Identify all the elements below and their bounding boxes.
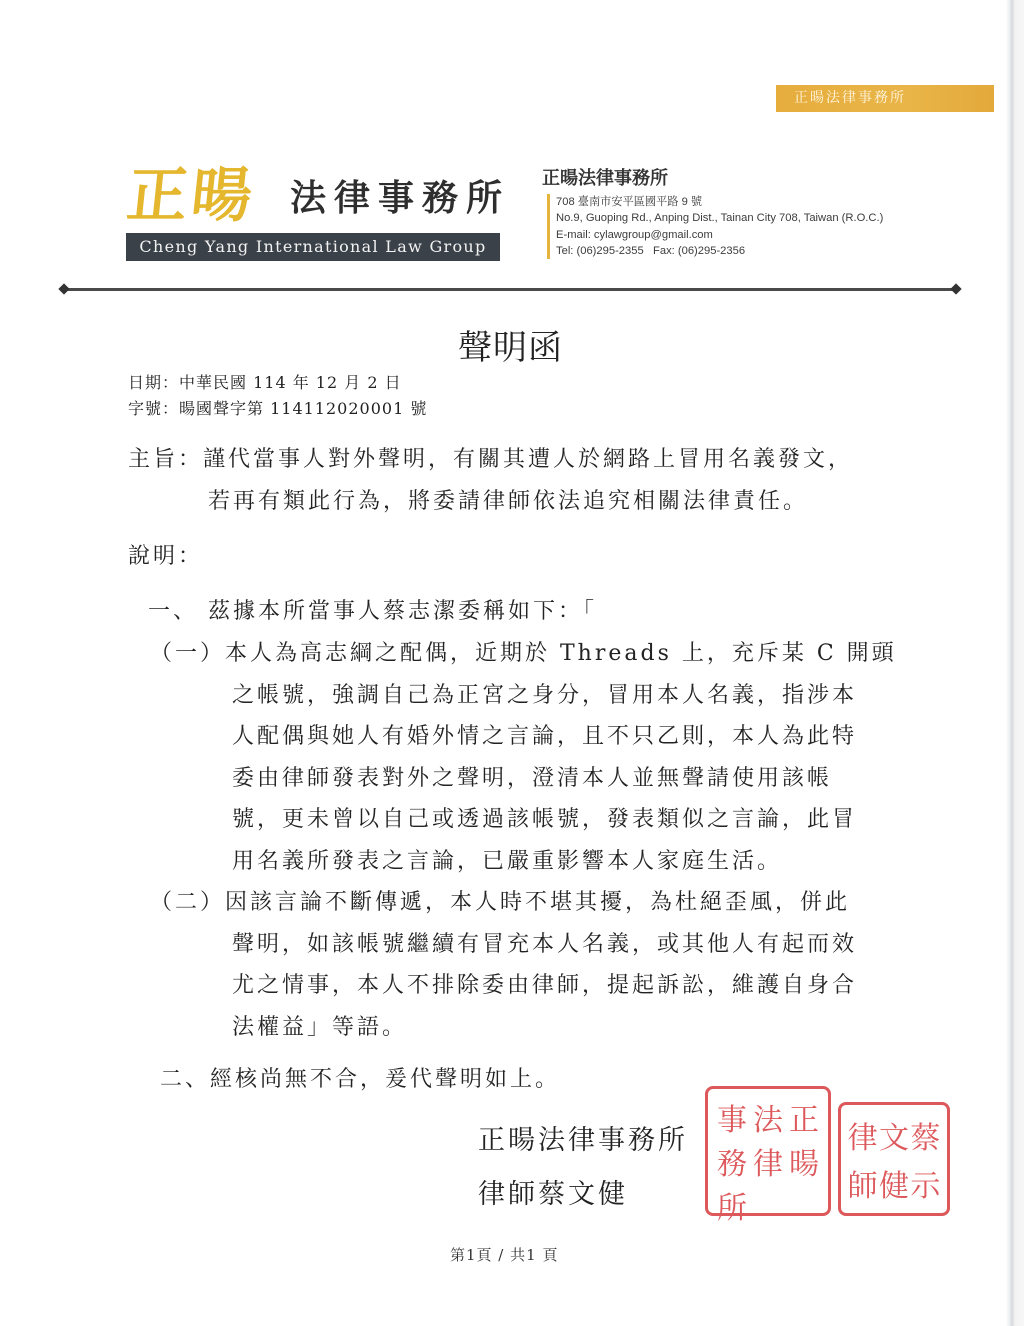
item-1-intro: 一、 茲據本所當事人蔡志潔委稱如下：「 — [148, 594, 597, 625]
logo-brand-characters: 正暘 — [123, 148, 260, 234]
signature-lawyer: 律師蔡文健 — [478, 1172, 628, 1211]
signature-lawyer-prefix: 律師 — [478, 1179, 538, 1210]
signature-lawyer-name: 蔡文健 — [538, 1179, 628, 1210]
sub-item-2-line: （二）因該言論不斷傳遞，本人時不堪其擾，為杜絕歪風，併此 — [150, 885, 850, 916]
seal-char: 法 — [750, 1095, 786, 1139]
seal-char — [750, 1183, 786, 1227]
seal-char: 律 — [847, 1111, 878, 1159]
header-divider — [64, 288, 956, 291]
seal-char: 所 — [714, 1183, 750, 1227]
sub-item-2-line: 聲明，如該帳號繼續有冒充本人名義，或其他人有起而效 — [232, 927, 857, 958]
document-date: 日期：中華民國 114 年 12 月 2 日 — [128, 370, 402, 393]
sub-item-1-line: （一）本人為高志綱之配偶，近期於 Threads 上，充斥某 C 開頭 — [150, 636, 897, 667]
sub-item-1-line: 之帳號，強調自己為正宮之身分，冒用本人名義，指涉本 — [232, 678, 857, 709]
firm-contact-block: 708 臺南市安平區國平路 9 號 No.9, Guoping Rd., Anp… — [547, 194, 883, 259]
subject-line-1: 主旨：謹代當事人對外聲明，有關其遭人於網路上冒用名義發文， — [128, 442, 853, 473]
item-2: 二、經核尚無不合，爰代聲明如上。 — [160, 1062, 560, 1093]
divider-left-diamond-icon — [58, 283, 69, 294]
page-number-footer: 第1頁 / 共1 頁 — [450, 1244, 558, 1265]
divider-right-diamond-icon — [950, 283, 961, 294]
seal-char: 文 — [878, 1111, 909, 1159]
seal-char: 師 — [847, 1159, 878, 1207]
seal-char: 正 — [786, 1095, 822, 1139]
seal-char: 暘 — [786, 1139, 822, 1183]
subject-line-2: 若再有類此行為，將委請律師依法追究相關法律責任。 — [208, 484, 808, 515]
logo-law-firm-text: 法律事務所 — [290, 170, 510, 221]
sub-item-2-line: 尤之情事，本人不排除委由律師，提起訴訟，維護自身合 — [232, 968, 857, 999]
seal-char: 健 — [878, 1159, 909, 1207]
signature-firm: 正暘法律事務所 — [478, 1118, 688, 1157]
address-en: No.9, Guoping Rd., Anping Dist., Tainan … — [556, 210, 883, 226]
seal-char: 務 — [714, 1139, 750, 1183]
sub-item-1-line: 用名義所發表之言論，已嚴重影響本人家庭生活。 — [232, 844, 782, 875]
firm-seal-stamp: 事 法 正 務 律 暘 所 — [705, 1086, 831, 1216]
seal-char: 事 — [714, 1095, 750, 1139]
seal-char — [786, 1183, 822, 1227]
sub-item-1-line: 人配偶與她人有婚外情之言論，且不只乙則，本人為此特 — [232, 719, 857, 750]
sub-item-2-line: 法權益」等語。 — [232, 1010, 407, 1041]
seal-char: 示 — [910, 1159, 941, 1207]
logo-english-band: Cheng Yang International Law Group — [126, 233, 500, 261]
lawyer-seal-stamp: 律 文 蔡 師 健 示 — [838, 1102, 950, 1216]
top-firm-tag: 正暘法律事務所 — [776, 85, 994, 112]
seal-char: 律 — [750, 1139, 786, 1183]
email: E-mail: cylawgroup@gmail.com — [556, 227, 883, 243]
document-title: 聲明函 — [458, 320, 563, 369]
address-zh: 708 臺南市安平區國平路 9 號 — [556, 194, 883, 210]
sub-item-1-line: 委由律師發表對外之聲明，澄清本人並無聲請使用該帳 — [232, 761, 832, 792]
sub-item-1-line: 號，更未曾以自己或透過該帳號，發表類似之言論，此冒 — [232, 802, 857, 833]
seal-char: 蔡 — [910, 1111, 941, 1159]
phone-fax: Tel: (06)295-2355 Fax: (06)295-2356 — [556, 243, 883, 259]
explanation-label: 說明： — [128, 539, 203, 570]
document-ref-number: 字號：暘國聲字第 114112020001 號 — [128, 396, 427, 419]
firm-info-title: 正暘法律事務所 — [542, 164, 668, 190]
page-edge — [1006, 0, 1024, 1326]
